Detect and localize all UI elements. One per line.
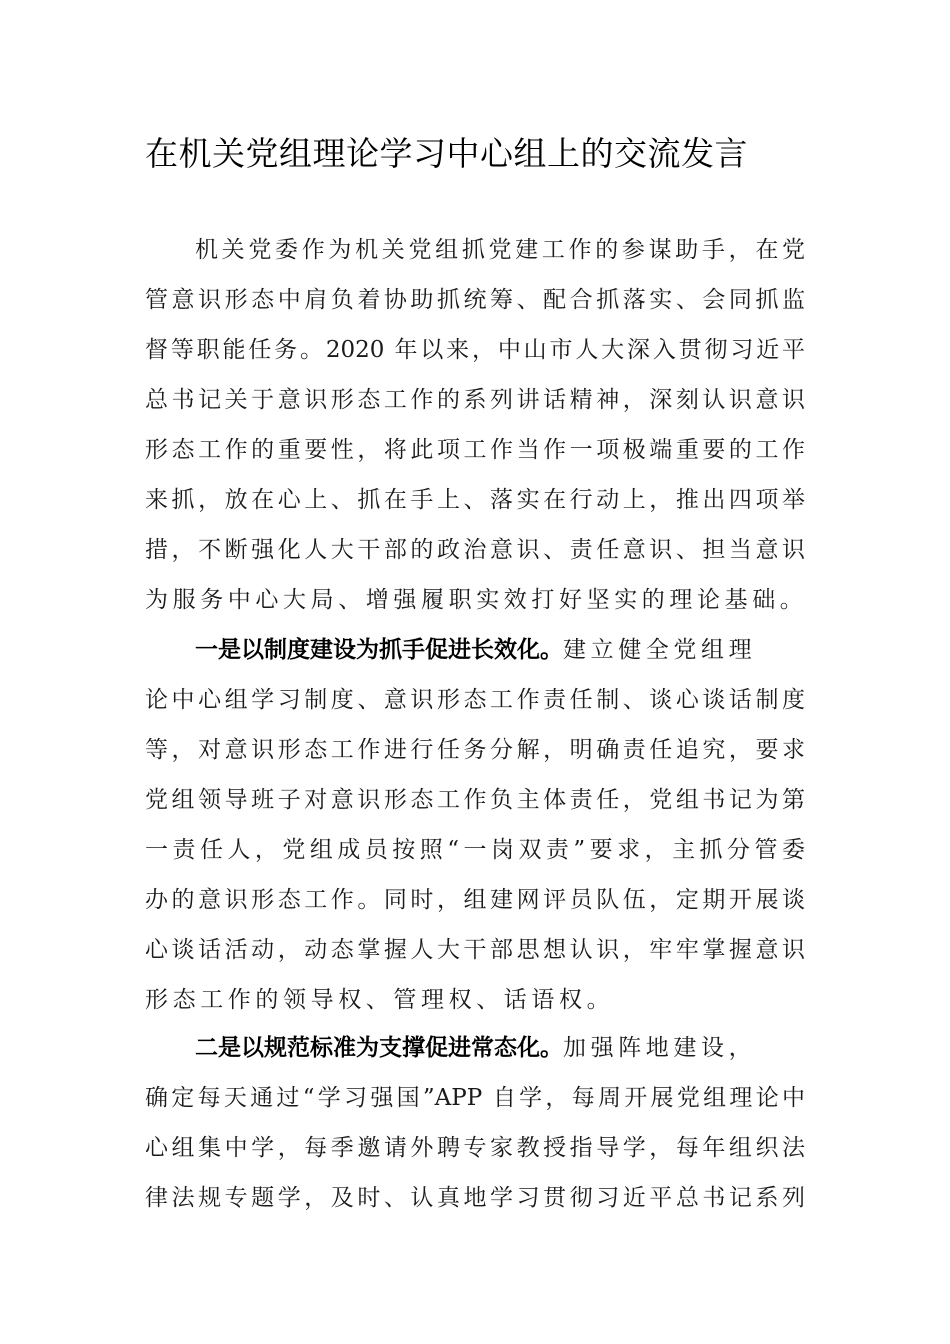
paragraph-1-line-7: 措，不断强化人大干部的政治意识、责任意识、担当意识 — [145, 533, 805, 567]
paragraph-2-line-1: 一是以制度建设为抓手促进长效化。建立健全党组理 — [195, 633, 805, 667]
document-title: 在机关党组理论学习中心组上的交流发言 — [145, 130, 785, 178]
paragraph-1-line-1: 机关党委作为机关党组抓党建工作的参谋助手，在党 — [195, 233, 805, 267]
paragraph-1-line-4: 总书记关于意识形态工作的系列讲话精神，深刻认识意识 — [145, 383, 805, 417]
paragraph-2-line-6: 办的意识形态工作。同时，组建网评员队伍，定期开展谈 — [145, 883, 805, 917]
paragraph-3-line-1: 二是以规范标准为支撑促进常态化。加强阵地建设， — [195, 1031, 805, 1065]
paragraph-3-line-3: 心组集中学，每季邀请外聘专家教授指导学，每年组织法 — [145, 1131, 805, 1165]
paragraph-1-line-8: 为服务中心大局、增强履职实效打好坚实的理论基础。 — [145, 583, 805, 617]
paragraph-2-line-5: 一责任人，党组成员按照“一岗双责”要求，主抓分管委 — [145, 833, 805, 867]
paragraph-3-line-4: 律法规专题学，及时、认真地学习贯彻习近平总书记系列 — [145, 1181, 805, 1215]
paragraph-1-line-6: 来抓，放在心上、抓在手上、落实在行动上，推出四项举 — [145, 483, 805, 517]
paragraph-2-line-1-text: 建立健全党组理 — [563, 637, 756, 663]
paragraph-1-line-2: 管意识形态中肩负着协助抓统筹、配合抓落实、会同抓监 — [145, 283, 805, 317]
paragraph-2-line-2: 论中心组学习制度、意识形态工作责任制、谈心谈话制度 — [145, 683, 805, 717]
paragraph-2-line-4: 党组领导班子对意识形态工作负主体责任，党组书记为第 — [145, 783, 805, 817]
paragraph-2-line-8: 形态工作的领导权、管理权、话语权。 — [145, 983, 805, 1017]
document-page: 在机关党组理论学习中心组上的交流发言 机关党委作为机关党组抓党建工作的参谋助手，… — [0, 0, 950, 1344]
paragraph-3-line-2: 确定每天通过“学习强国”APP 自学，每周开展党组理论中 — [145, 1081, 805, 1115]
paragraph-3-heading: 二是以规范标准为支撑促进常态化。 — [195, 1035, 563, 1061]
paragraph-1-line-3: 督等职能任务。2020 年以来，中山市人大深入贯彻习近平 — [145, 333, 805, 367]
paragraph-1-line-5: 形态工作的重要性，将此项工作当作一项极端重要的工作 — [145, 433, 805, 467]
paragraph-2-line-3: 等，对意识形态工作进行任务分解，明确责任追究，要求 — [145, 733, 805, 767]
paragraph-2-heading: 一是以制度建设为抓手促进长效化。 — [195, 637, 563, 663]
paragraph-2-line-7: 心谈话活动，动态掌握人大干部思想认识，牢牢掌握意识 — [145, 933, 805, 967]
paragraph-3-line-1-text: 加强阵地建设， — [563, 1035, 756, 1061]
